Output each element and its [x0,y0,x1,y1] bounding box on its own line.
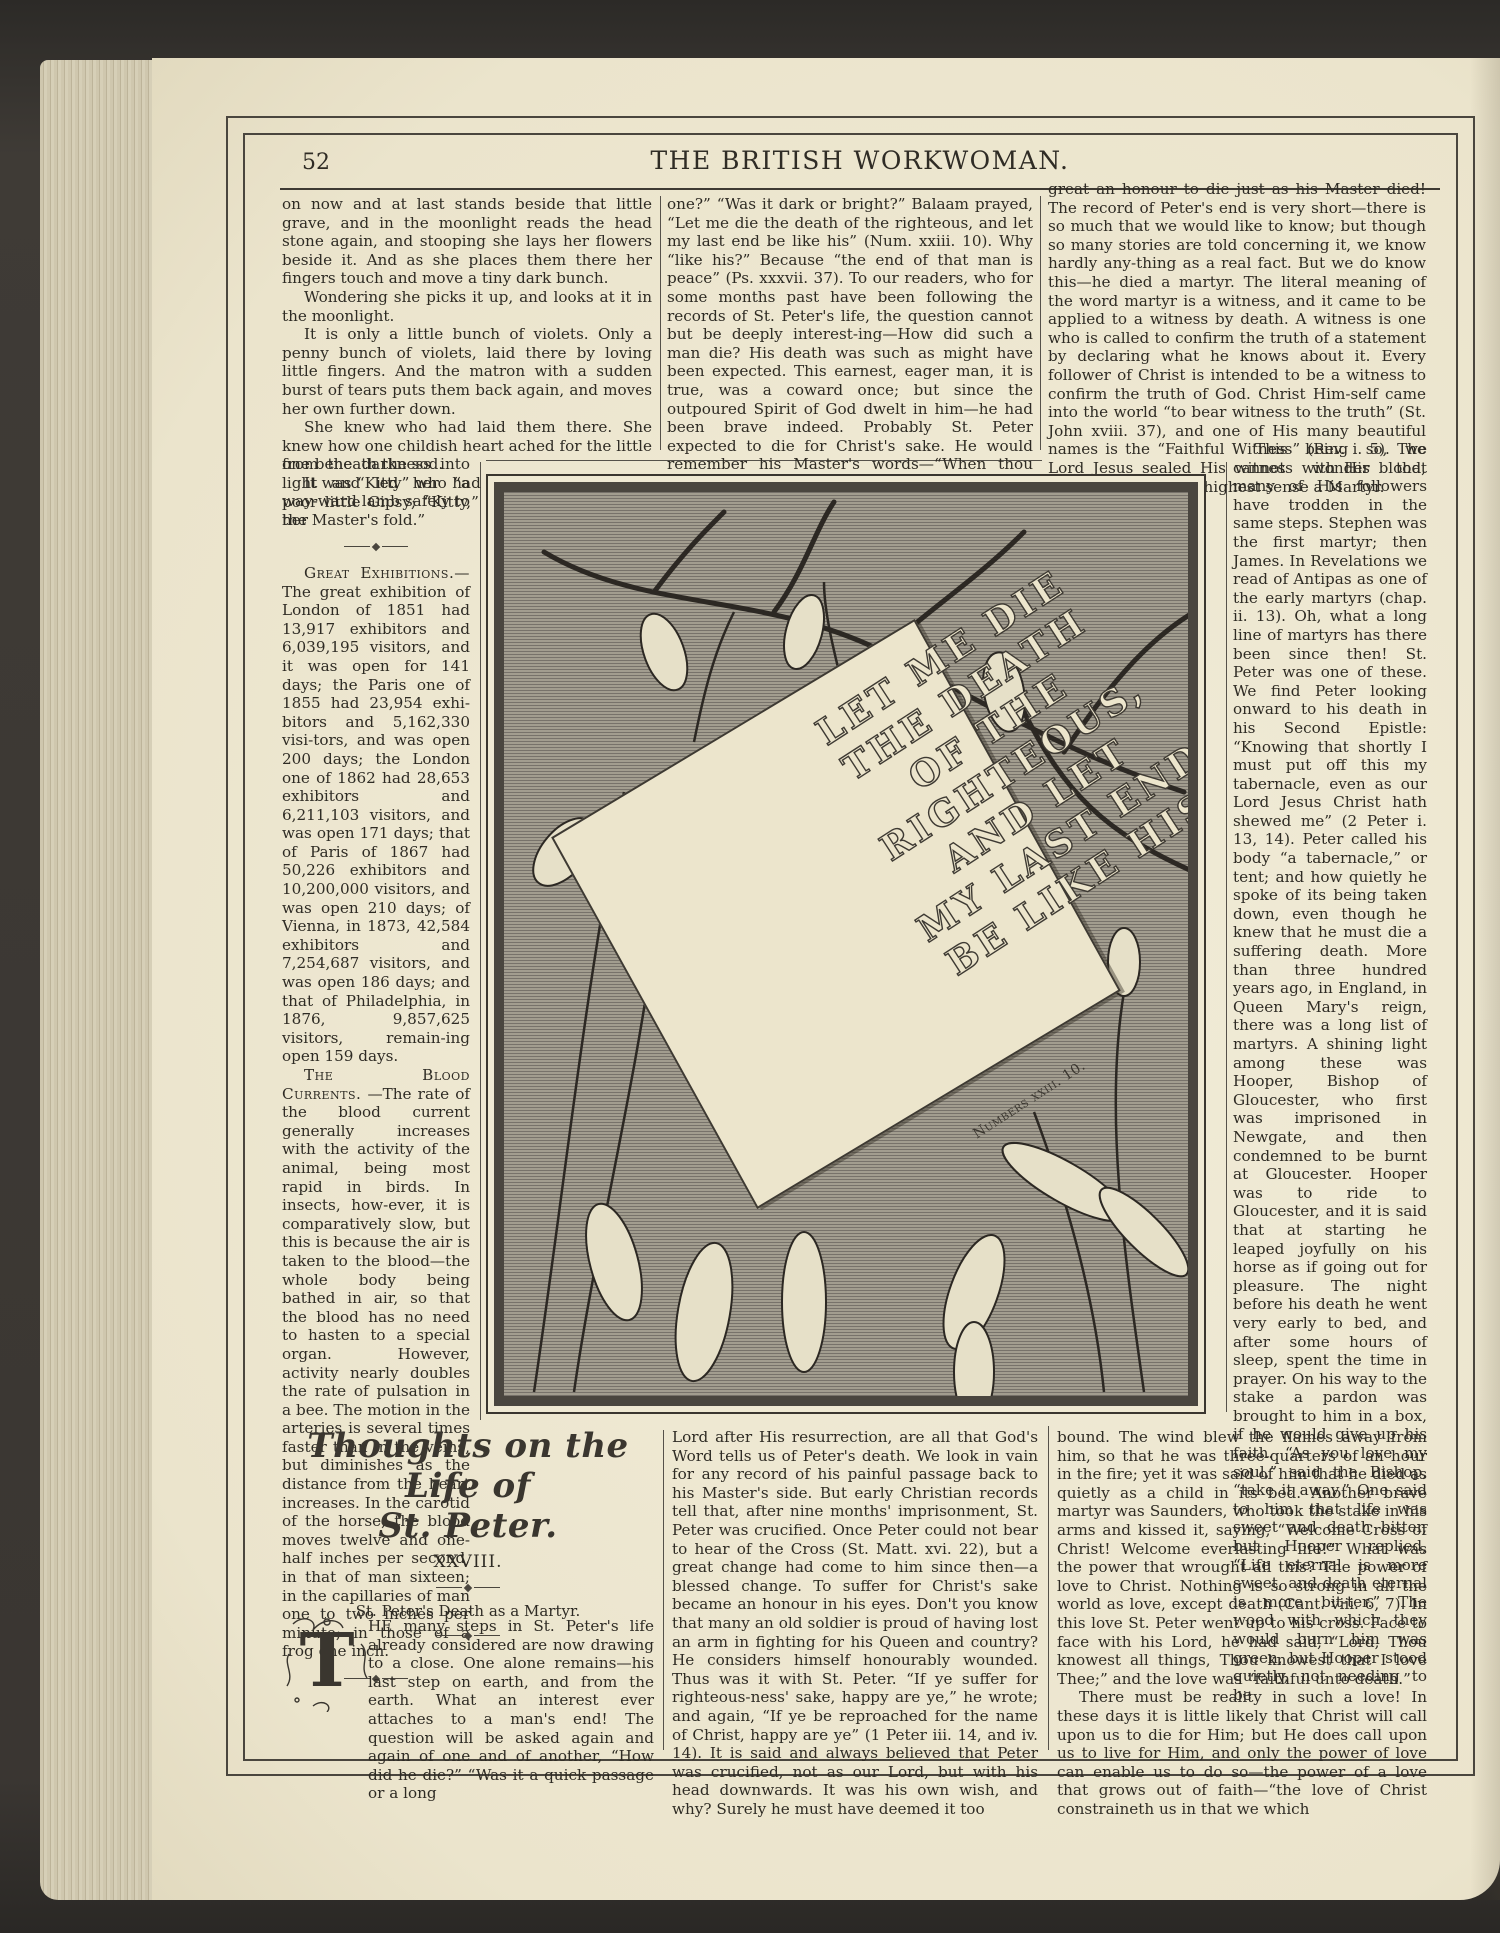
column-divider [1226,462,1227,1412]
paragraph: bound. The wind blew the flames away fro… [1057,1428,1427,1688]
paragraph: There must be reality in such a love! In… [1057,1688,1427,1818]
column-divider [1040,196,1041,450]
article-column-2: Lord after His resurrection, are all tha… [672,1428,1038,1818]
article-title-line1: Thoughts on the Life of [282,1426,654,1506]
story-ending: from the darkness into light and led her… [282,455,470,529]
paragraph: Lord after His resurrection, are all tha… [672,1428,1038,1818]
column-divider [663,1430,664,1750]
title-ornament [282,1580,654,1594]
article-opening: HE many steps in St. Peter's life alread… [282,1617,654,1803]
article-column-1: HE many steps in St. Peter's life alread… [282,1617,654,1803]
article-column-3: bound. The wind blew the flames away fro… [1057,1428,1427,1818]
masthead-title: THE BRITISH WORKWOMAN. [280,146,1440,175]
page-header: 52 THE BRITISH WORKWOMAN. [280,140,1440,180]
column-divider [660,196,661,450]
paragraph: It is only a little bunch of violets. On… [282,325,652,418]
column-divider [480,462,481,1420]
page-edges [40,60,152,1900]
column-divider [1048,1426,1049,1750]
paragraph: on now and at last stands beside that li… [282,195,652,288]
article-number: XXVIII. [282,1552,654,1572]
snowdrop-engraving: LET ME DIE THE DEATH OF THE RIGHTEOUS, A… [494,482,1198,1406]
section-ornament [282,537,470,556]
item-body: The great exhibition of London of 1851 h… [282,583,470,1066]
article-title-line2: St. Peter. [282,1506,654,1546]
item-heading: Great Exhibitions.— [304,564,470,582]
paragraph: Wondering she picks it up, and looks at … [282,288,652,325]
engraving-illustration: LET ME DIE THE DEATH OF THE RIGHTEOUS, A… [486,474,1206,1414]
great-exhibitions-item: Great Exhibitions.— The great exhibition… [282,564,470,1066]
